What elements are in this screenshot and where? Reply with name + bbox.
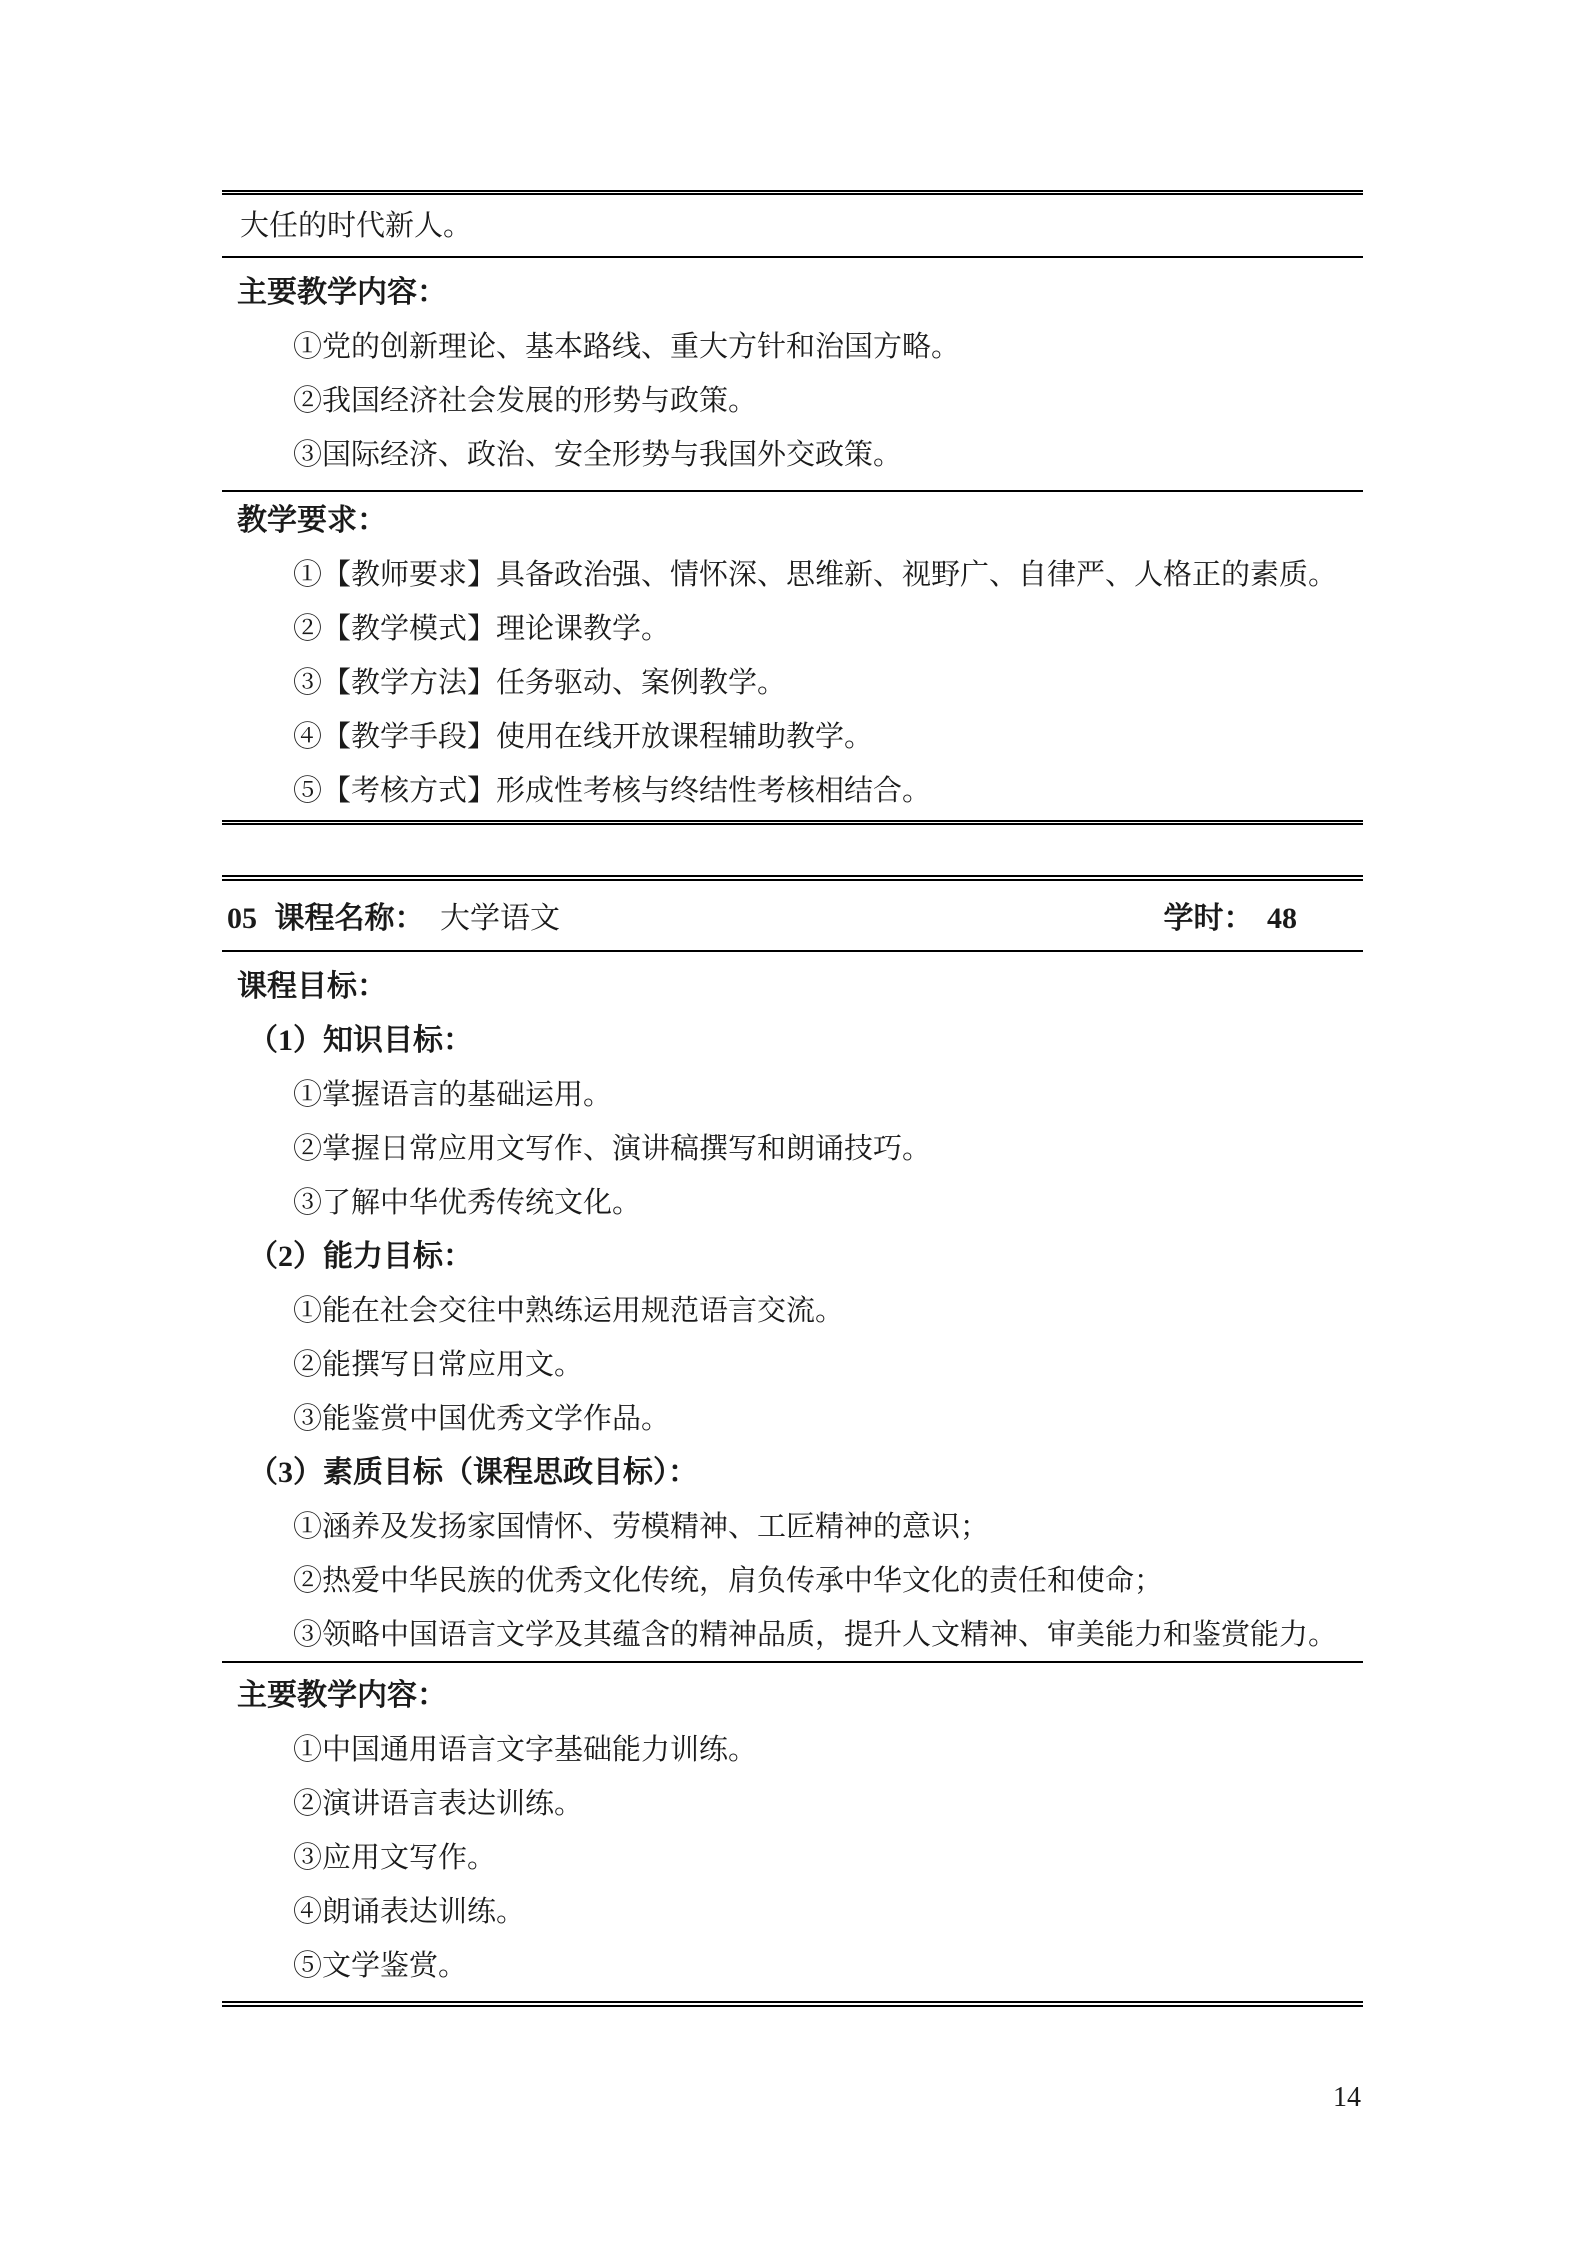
list-item: ③国际经济、政治、安全形势与我国外交政策。 [222, 428, 1363, 482]
section-heading-goals: 课程目标： [222, 960, 1363, 1014]
list-item: ⑤【考核方式】形成性考核与终结性考核相结合。 [222, 764, 1363, 818]
list-item: ②我国经济社会发展的形势与政策。 [222, 374, 1363, 428]
list-item: ③领略中国语言文学及其蕴含的精神品质，提升人文精神、审美能力和鉴赏能力。 [222, 1608, 1363, 1661]
table-row-teaching-content: 主要教学内容： ①党的创新理论、基本路线、重大方针和治国方略。 ②我国经济社会发… [222, 256, 1363, 490]
course-hours: 学时： 48 [1164, 893, 1298, 937]
section-heading-main-content: 主要教学内容： [222, 266, 1363, 320]
list-item: ①能在社会交往中熟练运用规范语言交流。 [222, 1284, 1363, 1338]
list-item: ⑤文学鉴赏。 [222, 1939, 1363, 1993]
list-item: ④朗诵表达训练。 [222, 1885, 1363, 1939]
section-heading-requirements: 教学要求： [222, 494, 1363, 548]
intro-text: 大任的时代新人。 [240, 204, 1353, 248]
course-name-value: 大学语文 [440, 902, 560, 935]
list-item: ②演讲语言表达训练。 [222, 1777, 1363, 1831]
section-heading-main-content: 主要教学内容： [222, 1669, 1363, 1723]
table-row-teaching-requirements: 教学要求： ①【教师要求】具备政治强、情怀深、思维新、视野广、自律严、人格正的素… [222, 490, 1363, 820]
page-number: 14 [1333, 2082, 1361, 2114]
list-item: ③了解中华优秀传统文化。 [222, 1176, 1363, 1230]
list-item: ②【教学模式】理论课教学。 [222, 602, 1363, 656]
table-row-course-goals: 课程目标： （1）知识目标： ①掌握语言的基础运用。 ②掌握日常应用文写作、演讲… [222, 950, 1363, 1661]
hours-label: 学时： [1164, 902, 1254, 935]
list-item: ②能撰写日常应用文。 [222, 1338, 1363, 1392]
course-name-label: 课程名称： [275, 902, 425, 935]
list-item: ①党的创新理论、基本路线、重大方针和治国方略。 [222, 320, 1363, 374]
list-item: ③能鉴赏中国优秀文学作品。 [222, 1392, 1363, 1446]
table-row-main-content: 主要教学内容： ①中国通用语言文字基础能力训练。 ②演讲语言表达训练。 ③应用文… [222, 1661, 1363, 2001]
hours-value: 48 [1267, 902, 1297, 935]
table-row-intro: 大任的时代新人。 [222, 195, 1363, 256]
list-item: ③【教学方法】任务驱动、案例教学。 [222, 656, 1363, 710]
list-item: ①掌握语言的基础运用。 [222, 1068, 1363, 1122]
goal-group-label-ability: （2）能力目标： [222, 1230, 1363, 1284]
list-item: ②热爱中华民族的优秀文化传统，肩负传承中华文化的责任和使命； [222, 1554, 1363, 1608]
list-item: ①涵养及发扬家国情怀、劳模精神、工匠精神的意识； [222, 1500, 1363, 1554]
course-table-05: 05 课程名称： 大学语文 学时： 48 课程目标： （1）知识目标： ①掌握语… [222, 875, 1363, 2007]
list-item: ④【教学手段】使用在线开放课程辅助教学。 [222, 710, 1363, 764]
list-item: ①【教师要求】具备政治强、情怀深、思维新、视野广、自律严、人格正的素质。 [222, 548, 1363, 602]
document-page: 大任的时代新人。 主要教学内容： ①党的创新理论、基本路线、重大方针和治国方略。… [0, 0, 1587, 2245]
goal-group-label-quality: （3）素质目标（课程思政目标）： [222, 1446, 1363, 1500]
course-number: 05 [227, 902, 257, 935]
list-item: ②掌握日常应用文写作、演讲稿撰写和朗诵技巧。 [222, 1122, 1363, 1176]
list-item: ①中国通用语言文字基础能力训练。 [222, 1723, 1363, 1777]
goal-group-label-knowledge: （1）知识目标： [222, 1014, 1363, 1068]
course-title: 05 课程名称： 大学语文 [227, 893, 560, 937]
course-table-top: 大任的时代新人。 主要教学内容： ①党的创新理论、基本路线、重大方针和治国方略。… [222, 190, 1363, 825]
list-item: ③应用文写作。 [222, 1831, 1363, 1885]
table-row-course-title: 05 课程名称： 大学语文 学时： 48 [222, 881, 1363, 950]
